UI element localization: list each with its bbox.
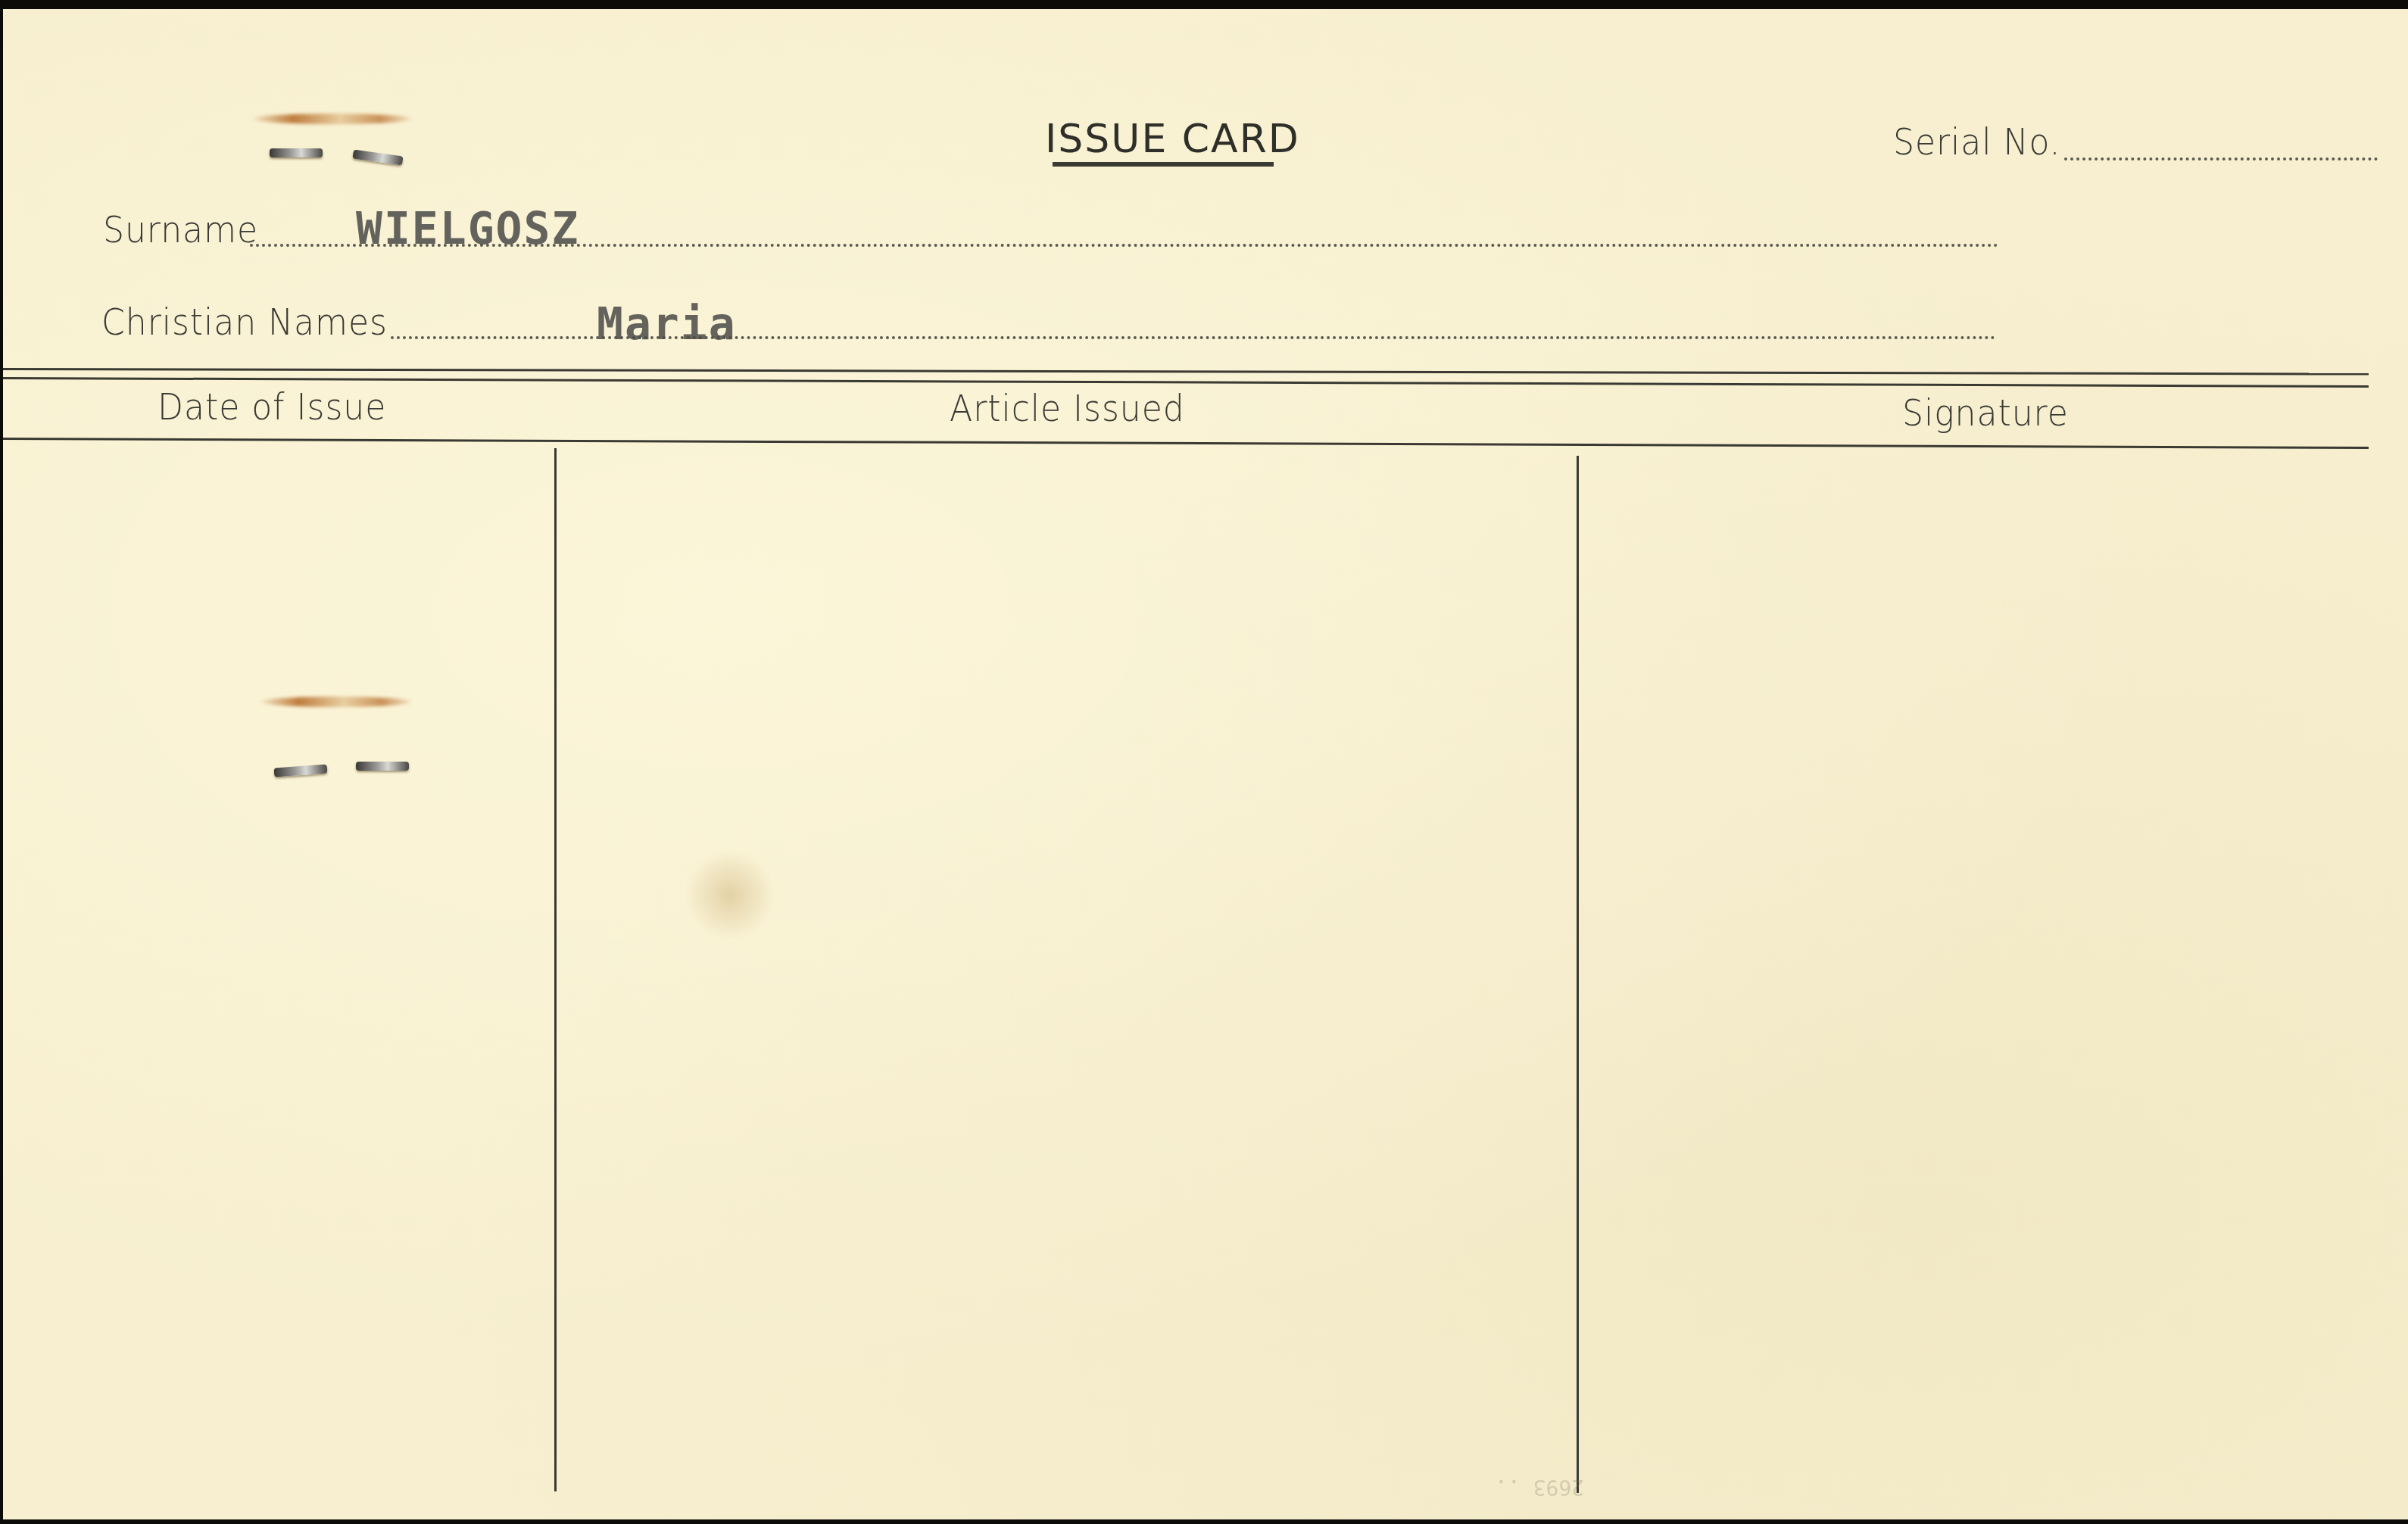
rust-stain-middle	[260, 697, 412, 707]
serial-field[interactable]	[2064, 157, 2378, 161]
rust-stain-top	[253, 114, 412, 124]
surname-label: Surname	[103, 209, 258, 251]
faint-mark: 2693 ..	[1495, 1475, 1584, 1500]
column-header-signature: Signature	[1902, 392, 2069, 435]
signature-column[interactable]	[1580, 456, 2369, 1493]
card-title: ISSUE CARD	[1045, 117, 1300, 162]
header-rule-top	[3, 368, 2369, 376]
staple-top-right	[352, 149, 403, 165]
staple-top-left	[270, 148, 323, 157]
staple-middle-right	[356, 762, 409, 771]
serial-label: Serial No.	[1893, 121, 2061, 164]
issue-card: ISSUE CARD Serial No. Surname WIELGOSZ C…	[3, 9, 2408, 1519]
column-divider-2	[1577, 456, 1579, 1493]
column-header-article: Article Issued	[950, 388, 1185, 430]
christian-names-label: Christian Names	[101, 301, 388, 344]
title-underline	[1053, 162, 1274, 167]
column-header-date: Date of Issue	[158, 386, 386, 429]
date-of-issue-column[interactable]	[3, 442, 553, 1494]
surname-value: WIELGOSZ	[356, 203, 579, 254]
paper-stain	[685, 849, 775, 940]
article-issued-column[interactable]	[557, 448, 1575, 1493]
christian-names-value: Maria	[597, 298, 737, 350]
column-divider-1	[554, 448, 557, 1491]
